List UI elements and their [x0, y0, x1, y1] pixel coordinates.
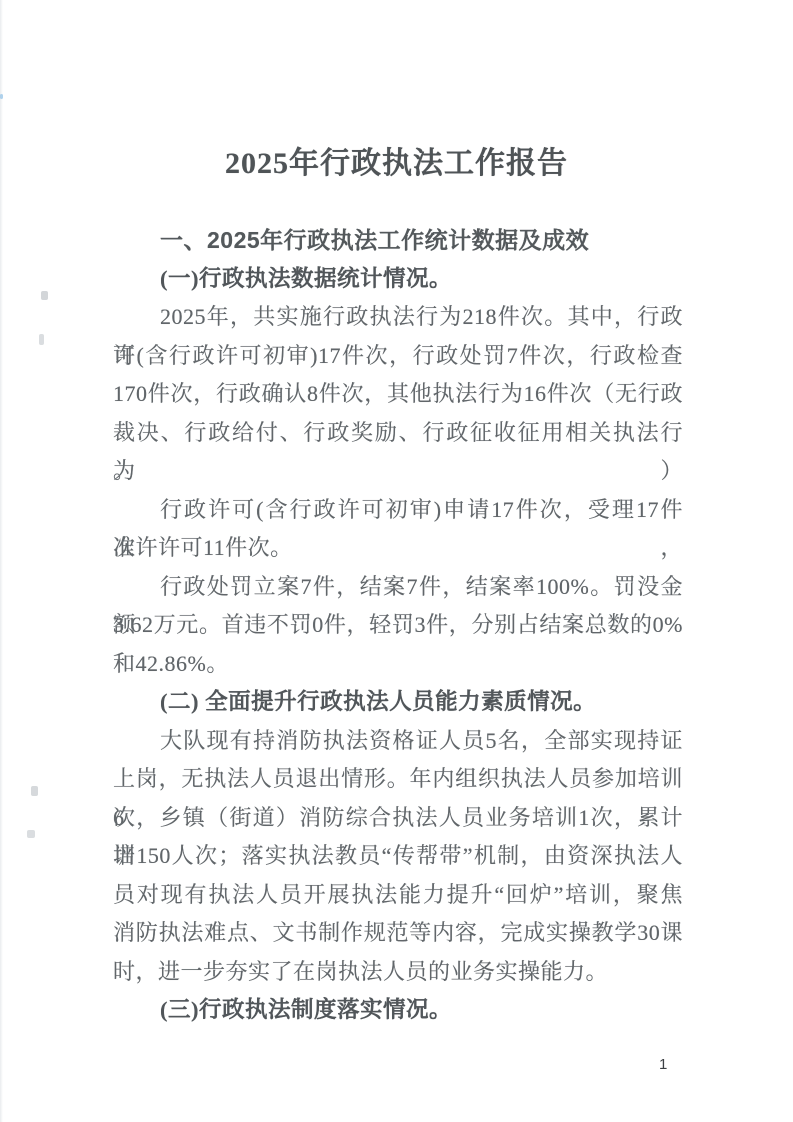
- scanned-document-page: 2025年行政执法工作报告 一、2025年行政执法工作统计数据及成效 (一)行政…: [0, 0, 793, 1122]
- section-heading-1: 一、2025年行政执法工作统计数据及成效: [113, 221, 683, 260]
- paragraph-1-line-2: 可(含行政许可初审)17件次，行政处罚7件次，行政检查: [113, 337, 683, 376]
- paragraph-1-line-3: 170件次，行政确认8件次，其他执法行为16件次（无行政: [113, 375, 683, 414]
- document-title: 2025年行政执法工作报告: [0, 138, 793, 182]
- scan-artifact-speck: [31, 786, 38, 796]
- scan-artifact-speck: [39, 334, 44, 345]
- paragraph-3-line-3: 和42.86%。: [113, 645, 683, 684]
- paragraph-4-line-2: 上岗，无执法人员退出情形。年内组织执法人员参加培训6: [113, 760, 683, 799]
- scan-artifact-speck: [27, 830, 35, 838]
- subsection-heading-3: (三)行政执法制度落实情况。: [113, 991, 683, 1030]
- paragraph-4-line-6: 消防执法难点、文书制作规范等内容，完成实操教学30课: [113, 914, 683, 953]
- paragraph-4-line-1: 大队现有持消防执法资格证人员5名，全部实现持证: [113, 722, 683, 761]
- scan-artifact-speck: [41, 291, 48, 300]
- paragraph-1-line-1: 2025年，共实施行政执法行为218件次。其中，行政许: [113, 298, 683, 337]
- subsection-heading-1: (一)行政执法数据统计情况。: [113, 260, 683, 299]
- paragraph-4-line-7: 时，进一步夯实了在岗执法人员的业务实操能力。: [113, 953, 683, 992]
- document-body: 一、2025年行政执法工作统计数据及成效 (一)行政执法数据统计情况。 2025…: [113, 221, 683, 1030]
- paragraph-4-line-4: 训150人次；落实执法教员“传帮带”机制，由资深执法人: [113, 837, 683, 876]
- paragraph-3-line-1: 行政处罚立案7件，结案7件，结案率100%。罚没金额: [113, 568, 683, 607]
- paragraph-4-line-5: 员对现有执法人员开展执法能力提升“回炉”培训，聚焦: [113, 876, 683, 915]
- subsection-heading-2: (二) 全面提升行政执法人员能力素质情况。: [113, 683, 683, 722]
- scan-artifact-speck: [0, 94, 3, 99]
- paragraph-4-line-3: 次，乡镇（街道）消防综合执法人员业务培训1次，累计培: [113, 799, 683, 838]
- paragraph-3-line-2: 3.62万元。首违不罚0件，轻罚3件，分别占结案总数的0%: [113, 606, 683, 645]
- page-number: 1: [659, 1056, 667, 1073]
- paragraph-1-line-4: 裁决、行政给付、行政奖励、行政征收征用相关执法行为）: [113, 414, 683, 453]
- paragraph-2-line-1: 行政许可(含行政许可初审)申请17件次，受理17件次，: [113, 491, 683, 530]
